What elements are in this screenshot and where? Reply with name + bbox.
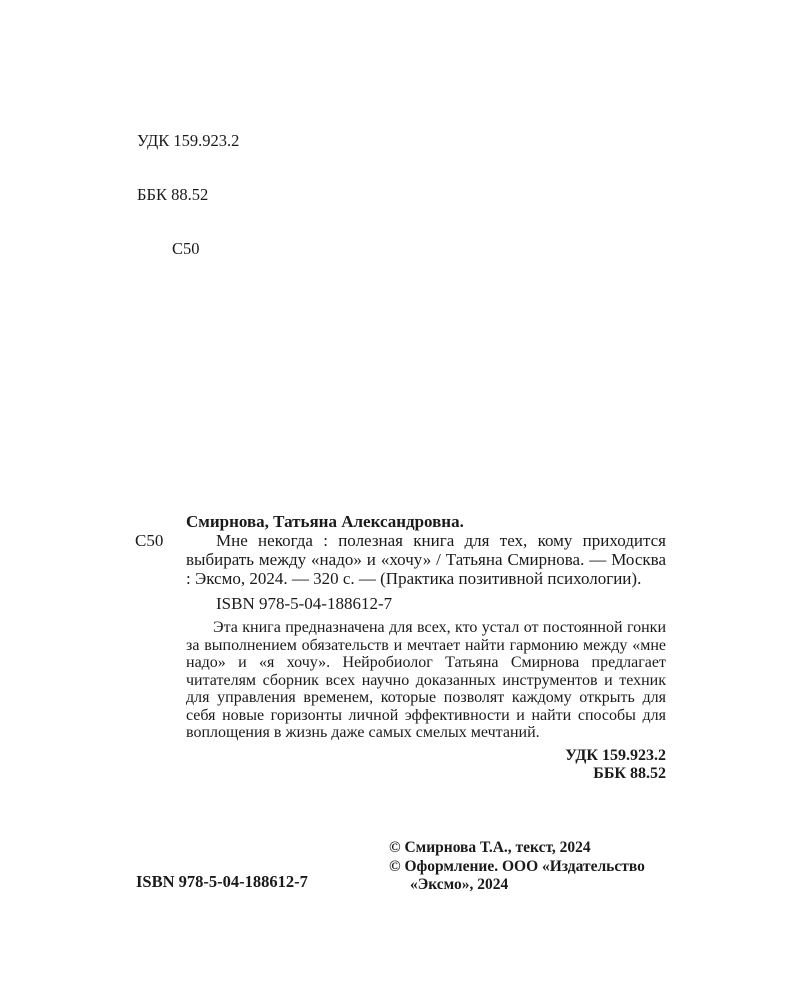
- annotation-text: Эта книга предназначена для всех, кто ус…: [186, 619, 666, 742]
- udk-code-right: УДК 159.923.2: [186, 747, 666, 765]
- catalog-card-body: Смирнова, Татьяна Александровна. Мне нек…: [186, 512, 666, 783]
- catalog-card: С50 Смирнова, Татьяна Александровна. Мне…: [135, 512, 666, 783]
- classification-codes-right: УДК 159.923.2 ББК 88.52: [186, 747, 666, 783]
- bbk-code-top: ББК 88.52: [137, 186, 239, 204]
- isbn-line: ISBN 978-5-04-188612-7: [186, 594, 666, 613]
- author-heading: Смирнова, Татьяна Александровна.: [186, 512, 666, 531]
- book-imprint-page: УДК 159.923.2 ББК 88.52 С50 С50 Смирнова…: [0, 0, 800, 1000]
- copyright-author-line: © Смирнова Т.А., текст, 2024: [389, 839, 645, 858]
- bbk-code-right: ББК 88.52: [186, 765, 666, 783]
- footer-isbn: ISBN 978-5-04-188612-7: [136, 872, 308, 892]
- classification-codes-top: УДК 159.923.2 ББК 88.52 С50: [137, 96, 239, 294]
- copyright-design-line-1: © Оформление. ООО «Издательство: [389, 858, 645, 877]
- author-sign-margin: С50: [135, 531, 163, 550]
- bibliographic-description: Мне некогда : полезная книга для тех, ко…: [186, 531, 666, 588]
- copyright-design-line-2: «Эксмо», 2024: [410, 876, 645, 895]
- udk-code-top: УДК 159.923.2: [137, 132, 239, 150]
- author-sign-top: С50: [137, 240, 239, 258]
- copyright-block: © Смирнова Т.А., текст, 2024 © Оформлени…: [389, 839, 645, 895]
